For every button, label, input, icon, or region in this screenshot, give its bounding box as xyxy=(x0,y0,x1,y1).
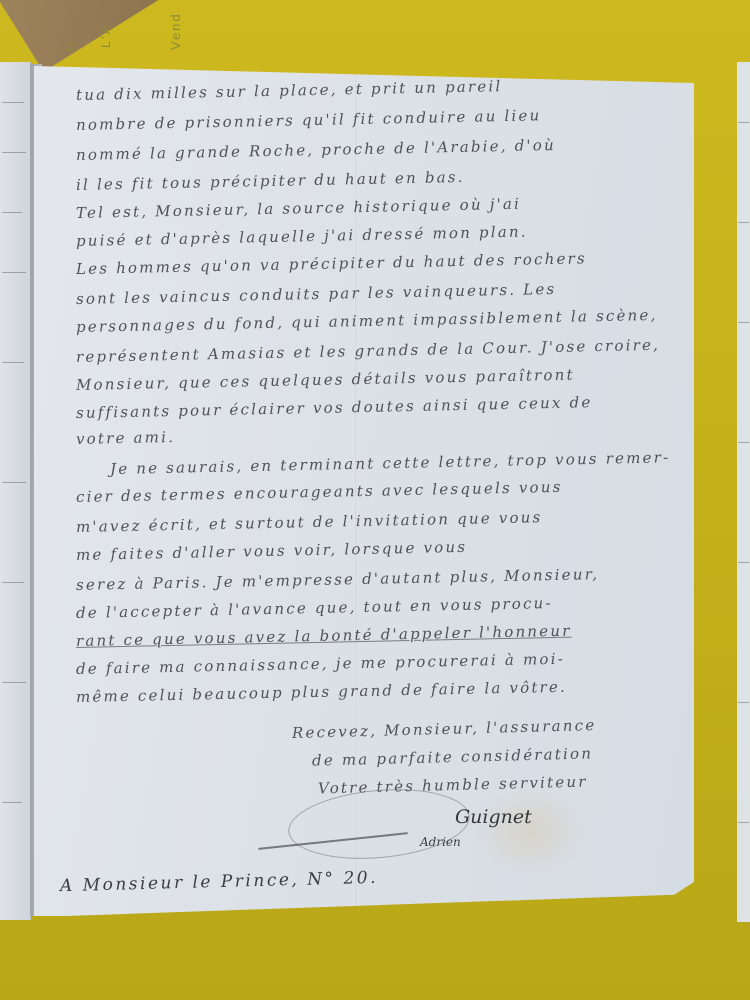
signature-surname: Guignet xyxy=(455,806,532,828)
signature-first-name: Adrien xyxy=(420,835,461,849)
adjacent-left-page xyxy=(0,62,31,920)
paper-stain xyxy=(474,786,584,876)
adjacent-right-page xyxy=(737,62,750,922)
pencil-note-1: G xyxy=(62,40,77,52)
pencil-note-2: L'A xyxy=(98,24,113,48)
letter-line: votre ami. xyxy=(76,428,175,448)
pencil-note-3: Vend xyxy=(168,12,183,50)
